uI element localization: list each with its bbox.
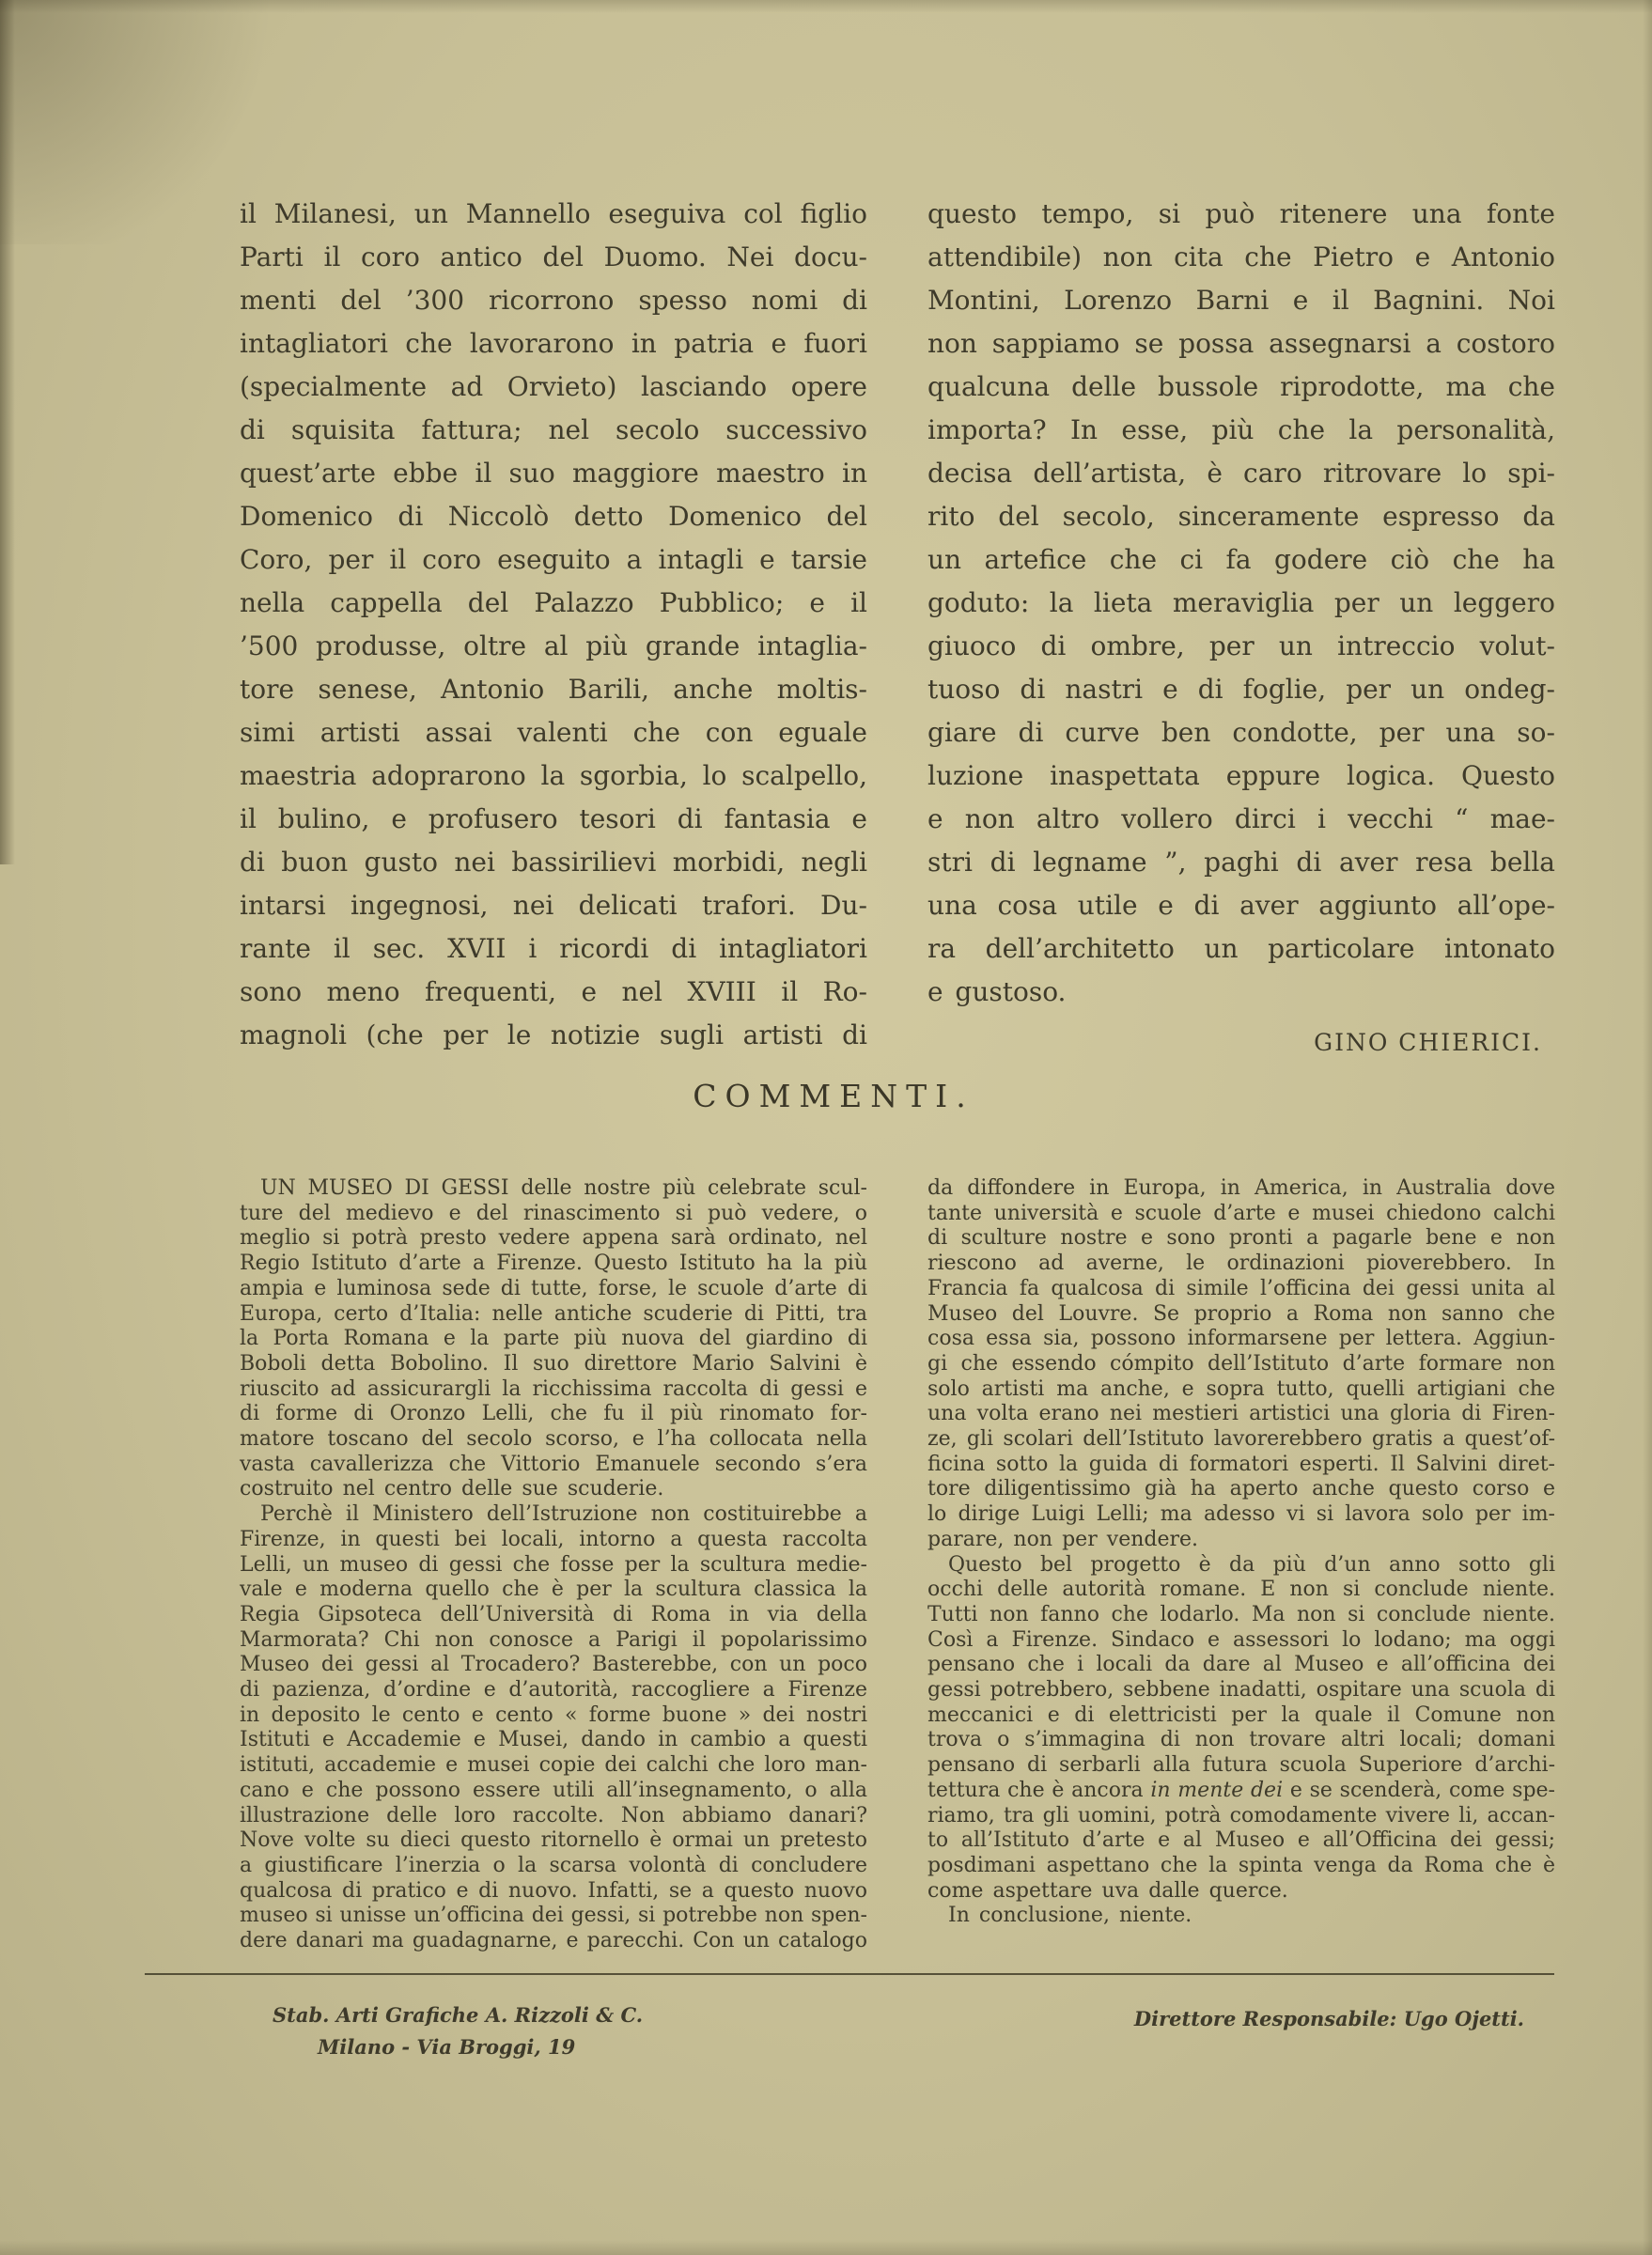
text-line: intagliatori che lavorarono in patria e … bbox=[240, 322, 867, 365]
text-line: Regia Gipsoteca dell’Università di Roma … bbox=[240, 1603, 867, 1628]
text-line: matore toscano del secolo scorso, e l’ha… bbox=[240, 1427, 867, 1453]
text-line: questo tempo, si può ritenere una fonte bbox=[927, 193, 1555, 236]
text-line: Lelli, un museo di gessi che fosse per l… bbox=[240, 1553, 867, 1578]
text-line: rito del secolo, sinceramente espresso d… bbox=[927, 495, 1555, 538]
text-line: simi artisti assai valenti che con egual… bbox=[240, 711, 867, 754]
text-line: costruito nel centro delle sue scuderie. bbox=[240, 1477, 867, 1502]
text-line: vasta cavallerizza che Vittorio Emanuele… bbox=[240, 1453, 867, 1478]
text-line: Boboli detta Bobolino. Il suo direttore … bbox=[240, 1352, 867, 1377]
text-line: attendibile) non cita che Pietro e Anton… bbox=[927, 236, 1555, 279]
text-line: menti del ’300 ricorrono spesso nomi di bbox=[240, 279, 867, 322]
text-line: Parti il coro antico del Duomo. Nei docu… bbox=[240, 236, 867, 279]
text-line: meglio si potrà presto vedere appena sar… bbox=[240, 1226, 867, 1252]
text-line: Firenze, in questi bei locali, intorno a… bbox=[240, 1528, 867, 1553]
text-line: giuoco di ombre, per un intreccio volut- bbox=[927, 625, 1555, 668]
text-line: Museo dei gessi al Trocadero? Basterebbe… bbox=[240, 1653, 867, 1678]
text-line: parare, non per vendere. bbox=[927, 1528, 1555, 1553]
text-line: riamo, tra gli uomini, potrà comodamente… bbox=[927, 1804, 1555, 1829]
printer-imprint-line-2: Milano - Via Broggi, 19 bbox=[273, 2031, 643, 2063]
text-line: e non altro vollero dirci i vecchi “ mae… bbox=[927, 798, 1555, 841]
text-line: ra dell’architetto un particolare intona… bbox=[927, 927, 1555, 971]
article-right-column-text: questo tempo, si può ritenere una fontea… bbox=[927, 193, 1555, 1014]
text-line: nella cappella del Palazzo Pubblico; e i… bbox=[240, 582, 867, 625]
text-line: sono meno frequenti, e nel XVIII il Ro- bbox=[240, 971, 867, 1014]
text-line: goduto: la lieta meraviglia per un legge… bbox=[927, 582, 1555, 625]
text-line: istituti, accademie e musei copie dei ca… bbox=[240, 1753, 867, 1779]
text-line: Questo bel progetto è da più d’un anno s… bbox=[927, 1553, 1555, 1578]
text-line: il Milanesi, un Mannello eseguiva col fi… bbox=[240, 193, 867, 236]
comments-right-column: da diffondere in Europa, in America, in … bbox=[927, 1176, 1555, 1954]
text-line: Coro, per il coro eseguito a intagli e t… bbox=[240, 538, 867, 582]
director-credit: Direttore Responsabile: Ugo Ojetti. bbox=[1134, 2007, 1524, 2030]
text-line: il bulino, e profusero tesori di fantasi… bbox=[240, 798, 867, 841]
text-line: posdimani aspettano che la spinta venga … bbox=[927, 1854, 1555, 1879]
comments-heading: COMMENTI. bbox=[240, 1078, 1419, 1114]
scanned-page: il Milanesi, un Mannello eseguiva col fi… bbox=[0, 0, 1652, 2255]
text-line: una volta erano nei mestieri artistici u… bbox=[927, 1402, 1555, 1427]
text-line: Così a Firenze. Sindaco e assessori lo l… bbox=[927, 1628, 1555, 1654]
text-line: una cosa utile e di aver aggiunto all’op… bbox=[927, 884, 1555, 927]
text-line: di forme di Oronzo Lelli, che fu il più … bbox=[240, 1402, 867, 1427]
comments-left-column: UN MUSEO DI GESSI delle nostre più celeb… bbox=[240, 1176, 867, 1954]
text-line: Nove volte su dieci questo ritornello è … bbox=[240, 1828, 867, 1854]
text-line: pensano di serbarli alla futura scuola S… bbox=[927, 1753, 1555, 1779]
comments-section: UN MUSEO DI GESSI delle nostre più celeb… bbox=[240, 1176, 1555, 1954]
text-line: Museo del Louvre. Se proprio a Roma non … bbox=[927, 1302, 1555, 1328]
text-line: Europa, certo d’Italia: nelle antiche sc… bbox=[240, 1302, 867, 1328]
text-line: tore senese, Antonio Barili, anche molti… bbox=[240, 668, 867, 711]
text-line: qualcuna delle bussole riprodotte, ma ch… bbox=[927, 365, 1555, 409]
text-line: ture del medievo e del rinascimento si p… bbox=[240, 1202, 867, 1227]
text-line: magnoli (che per le notizie sugli artist… bbox=[240, 1014, 867, 1057]
text-line: gessi potrebbero, sebbene inadatti, ospi… bbox=[927, 1678, 1555, 1703]
printer-imprint-line-1: Stab. Arti Grafiche A. Rizzoli & C. bbox=[273, 1999, 643, 2031]
text-line: e gustoso. bbox=[927, 971, 1555, 1014]
text-line: Tutti non fanno che lodarlo. Ma non si c… bbox=[927, 1603, 1555, 1628]
text-line: stri di legname ”, paghi di aver resa be… bbox=[927, 841, 1555, 884]
article-right-column: questo tempo, si può ritenere una fontea… bbox=[927, 193, 1555, 1065]
scan-edge-shadow-bottom bbox=[0, 2240, 1652, 2255]
text-line: quest’arte ebbe il suo maggiore maestro … bbox=[240, 452, 867, 495]
text-line: giare di curve ben condotte, per una so- bbox=[927, 711, 1555, 754]
text-line: da diffondere in Europa, in America, in … bbox=[927, 1176, 1555, 1202]
text-line: qualcosa di pratico e di nuovo. Infatti,… bbox=[240, 1879, 867, 1905]
text-line: occhi delle autorità romane. E non si co… bbox=[927, 1578, 1555, 1603]
text-line: cano e che possono essere utili all’inse… bbox=[240, 1779, 867, 1804]
text-line: museo si unisse un’officina dei gessi, s… bbox=[240, 1904, 867, 1929]
text-line: ampia e luminosa sede di tutte, forse, l… bbox=[240, 1277, 867, 1302]
printer-imprint: Stab. Arti Grafiche A. Rizzoli & C. Mila… bbox=[273, 1999, 643, 2063]
text-line: di sculture nostre e sono pronti a pagar… bbox=[927, 1226, 1555, 1252]
text-line: to all’Istituto d’arte e al Museo e all’… bbox=[927, 1828, 1555, 1854]
text-line: maestria adoprarono la sgorbia, lo scalp… bbox=[240, 754, 867, 798]
text-line: di pazienza, d’ordine e d’autorità, racc… bbox=[240, 1678, 867, 1703]
page-content: il Milanesi, un Mannello eseguiva col fi… bbox=[240, 193, 1555, 1954]
text-line: Perchè il Ministero dell’Istruzione non … bbox=[240, 1502, 867, 1528]
text-line: trova o s’immagina di non trovare altri … bbox=[927, 1728, 1555, 1753]
text-line: pensano che i locali da dare al Museo e … bbox=[927, 1653, 1555, 1678]
text-line: meccanici e di elettricisti per la quale… bbox=[927, 1703, 1555, 1729]
text-line: lo dirige Luigi Lelli; ma adesso vi si l… bbox=[927, 1502, 1555, 1528]
text-line: solo artisti ma anche, e sopra tutto, qu… bbox=[927, 1377, 1555, 1403]
text-line: Istituti e Accademie e Musei, dando in c… bbox=[240, 1728, 867, 1753]
text-line: Marmorata? Chi non conosce a Parigi il p… bbox=[240, 1628, 867, 1654]
text-line: cosa essa sia, possono informarsene per … bbox=[927, 1327, 1555, 1352]
text-line: un artefice che ci fa godere ciò che ha bbox=[927, 538, 1555, 582]
text-line: ze, gli scolari dell’Istituto lavorerebb… bbox=[927, 1427, 1555, 1453]
text-line: vale e moderna quello che è per la scult… bbox=[240, 1578, 867, 1603]
text-line: a giustificare l’inerzia o la scarsa vol… bbox=[240, 1854, 867, 1879]
text-line: (specialmente ad Orvieto) lasciando oper… bbox=[240, 365, 867, 409]
text-line: di buon gusto nei bassirilievi morbidi, … bbox=[240, 841, 867, 884]
text-line: Francia fa qualcosa di simile l’officina… bbox=[927, 1277, 1555, 1302]
text-line: in deposito le cento e cento « forme buo… bbox=[240, 1703, 867, 1729]
text-line: decisa dell’artista, è caro ritrovare lo… bbox=[927, 452, 1555, 495]
text-line: Regio Istituto d’arte a Firenze. Questo … bbox=[240, 1252, 867, 1277]
text-line: ’500 produsse, oltre al più grande intag… bbox=[240, 625, 867, 668]
text-line: luzione inaspettata eppure logica. Quest… bbox=[927, 754, 1555, 798]
text-line: la Porta Romana e la parte più nuova del… bbox=[240, 1327, 867, 1352]
text-line: gi che essendo cómpito dell’Istituto d’a… bbox=[927, 1352, 1555, 1377]
text-line: importa? In esse, più che la personalità… bbox=[927, 409, 1555, 452]
text-line: rante il sec. XVII i ricordi di intaglia… bbox=[240, 927, 867, 971]
author-signature: GINO CHIERICI. bbox=[927, 1021, 1555, 1065]
text-line: Domenico di Niccolò detto Domenico del bbox=[240, 495, 867, 538]
text-line: tante università e scuole d’arte e musei… bbox=[927, 1202, 1555, 1227]
scan-edge-shadow-right bbox=[1643, 0, 1652, 2255]
text-line: come aspettare uva dalle querce. bbox=[927, 1879, 1555, 1905]
text-line: riescono ad averne, le ordinazioni piove… bbox=[927, 1252, 1555, 1277]
article-top-section: il Milanesi, un Mannello eseguiva col fi… bbox=[240, 193, 1555, 1065]
text-line: tettura che è ancora in mente dei e se s… bbox=[927, 1779, 1555, 1804]
text-line: tore diligentissimo già ha aperto anche … bbox=[927, 1477, 1555, 1502]
footer-rule bbox=[145, 1973, 1554, 1975]
text-line: ficina sotto la guida di formatori esper… bbox=[927, 1453, 1555, 1478]
article-left-column: il Milanesi, un Mannello eseguiva col fi… bbox=[240, 193, 867, 1065]
text-line: di squisita fattura; nel secolo successi… bbox=[240, 409, 867, 452]
text-line: riuscito ad assicurargli la ricchissima … bbox=[240, 1377, 867, 1403]
text-line: non sappiamo se possa assegnarsi a costo… bbox=[927, 322, 1555, 365]
text-line: intarsi ingegnosi, nei delicati trafori.… bbox=[240, 884, 867, 927]
text-line: dere danari ma guadagnarne, e parecchi. … bbox=[240, 1929, 867, 1954]
text-line: Montini, Lorenzo Barni e il Bagnini. Noi bbox=[927, 279, 1555, 322]
text-line: illustrazione delle loro raccolte. Non a… bbox=[240, 1804, 867, 1829]
text-line: UN MUSEO DI GESSI delle nostre più celeb… bbox=[240, 1176, 867, 1202]
text-line: In conclusione, niente. bbox=[927, 1904, 1555, 1929]
text-line: tuoso di nastri e di foglie, per un onde… bbox=[927, 668, 1555, 711]
